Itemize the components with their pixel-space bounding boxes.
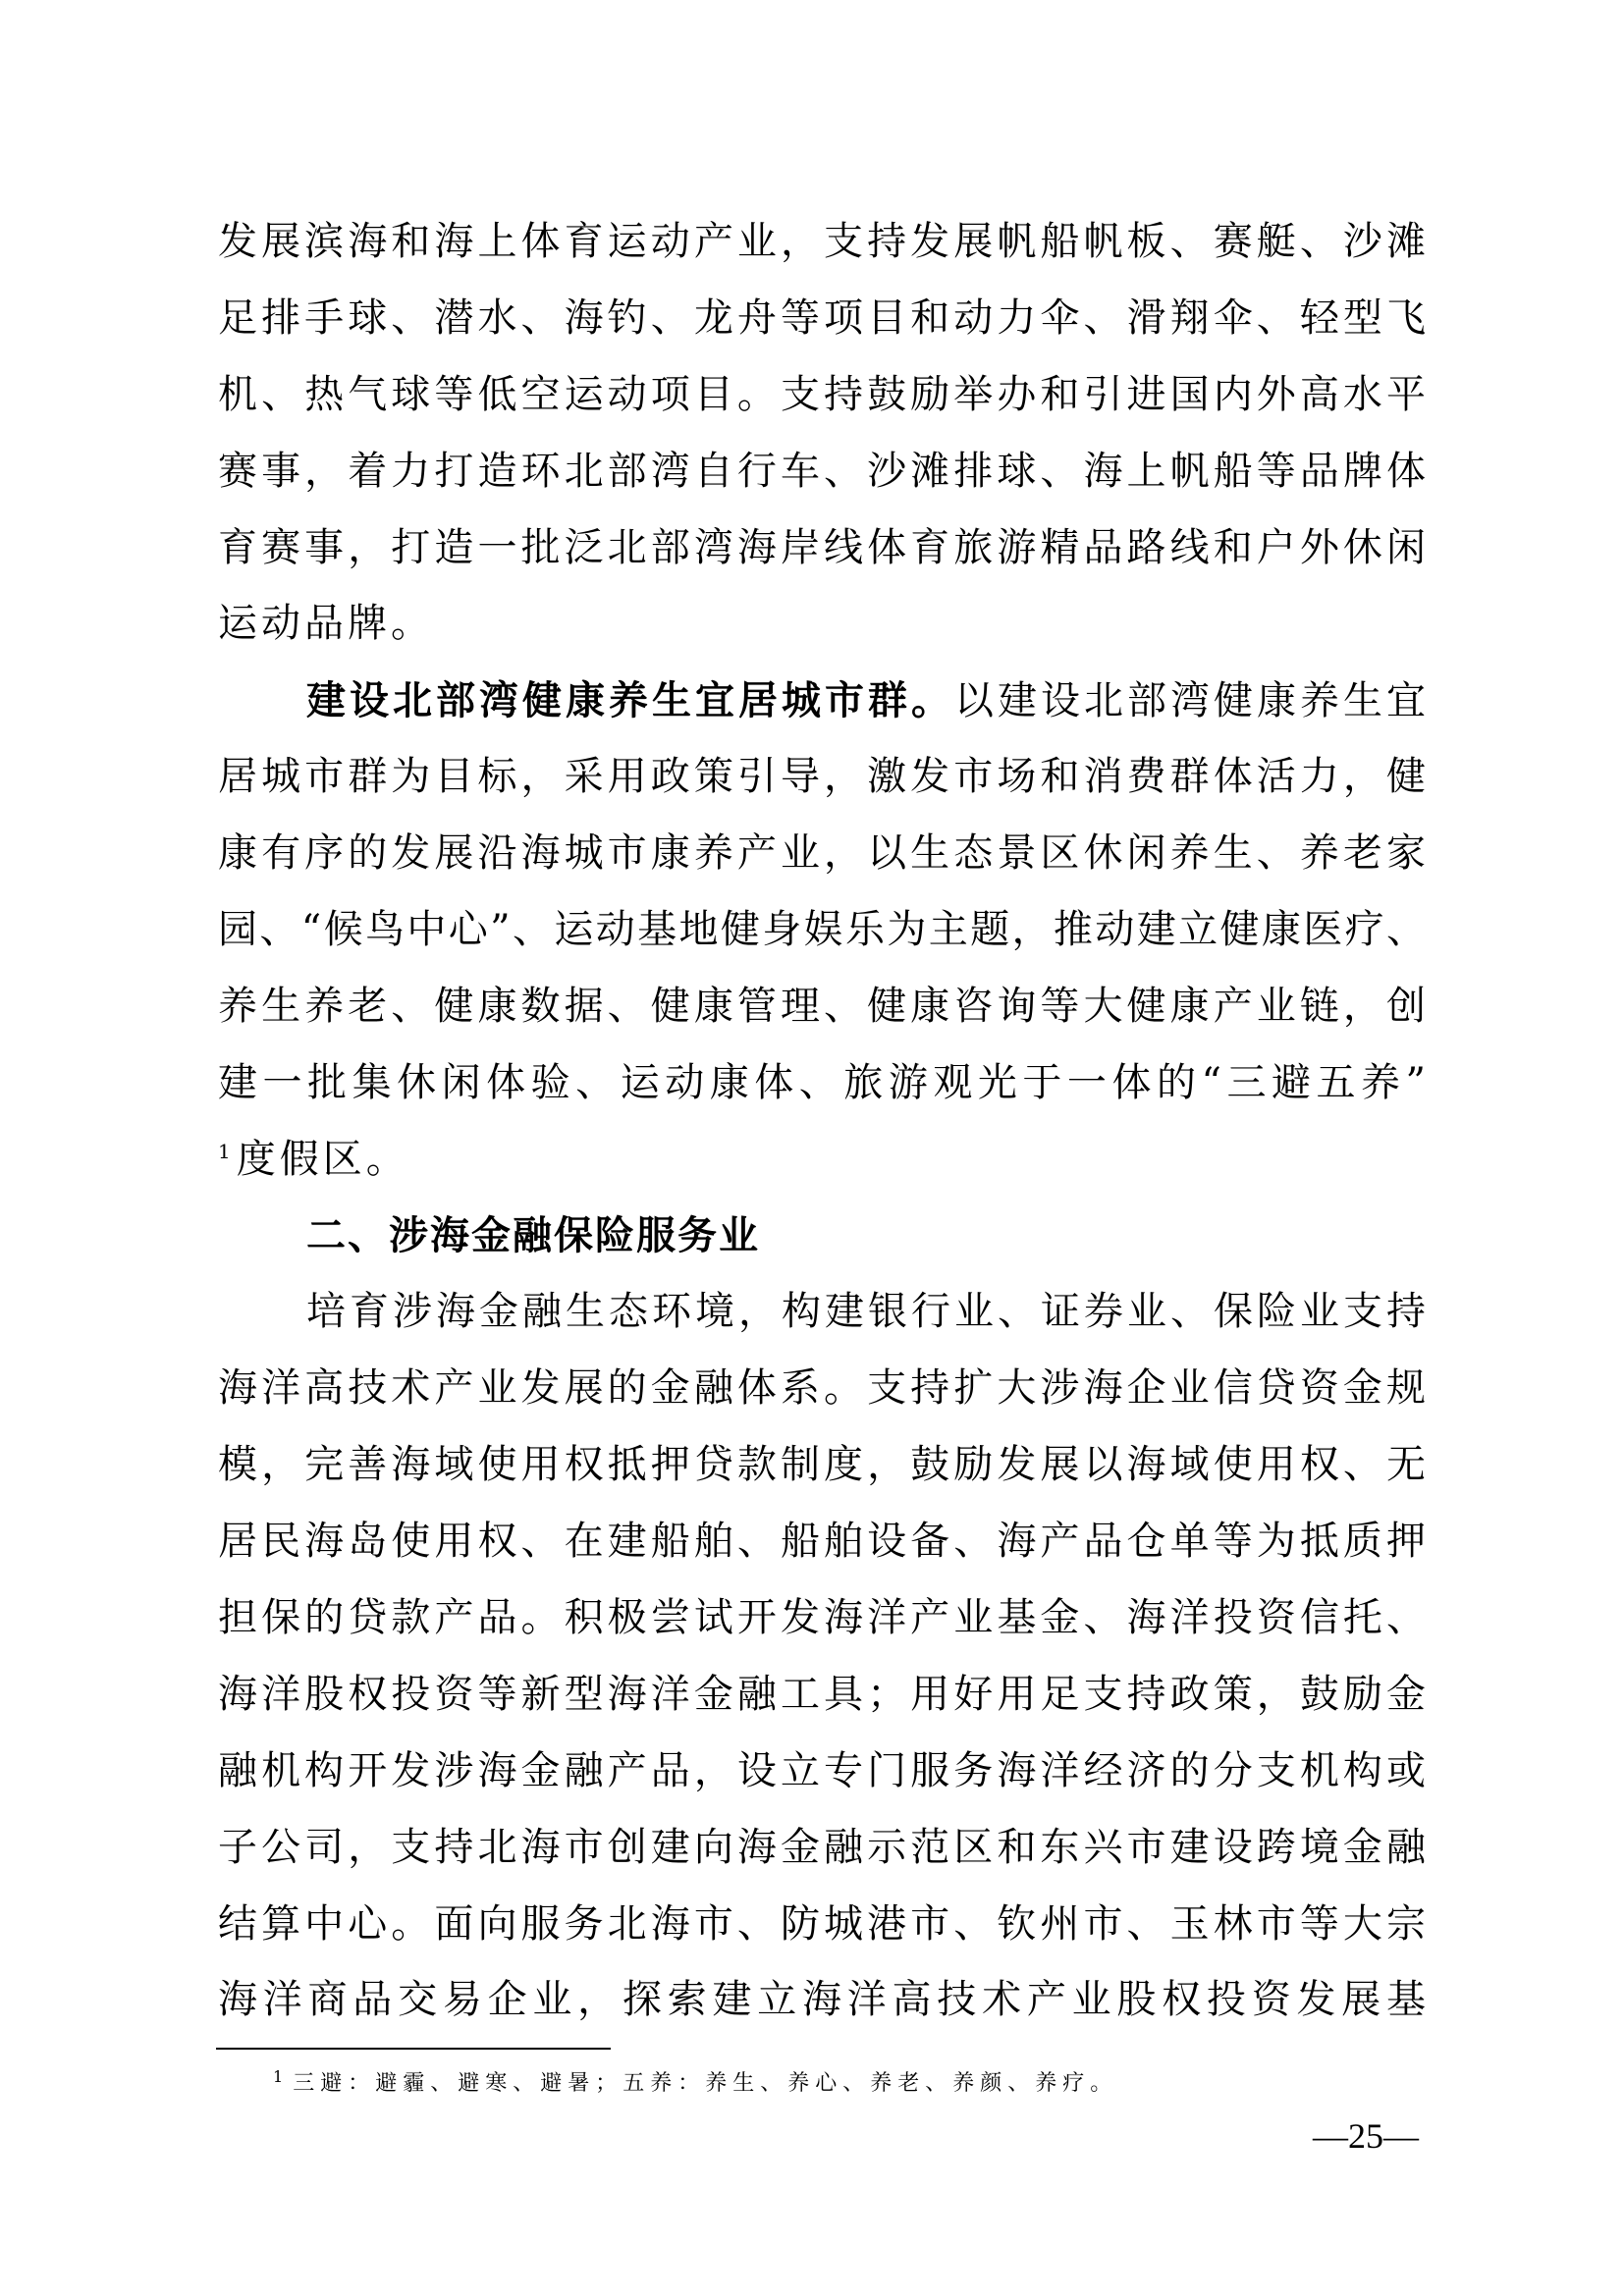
paragraph-3-line-8: 子公司，支持北海市创建向海金融示范区和东兴市建设跨境金融 [218, 1810, 1426, 1887]
paragraph-2-line-7-text: 度假区。 [237, 1137, 409, 1182]
paragraph-1-line-2: 足排手球、潜水、海钓、龙舟等项目和动力伞、滑翔伞、轻型飞 [218, 281, 1426, 357]
footnote: 1三避：避霾、避寒、避暑；五养：养生、养心、养老、养颜、养疗。 [273, 2067, 1117, 2101]
paragraph-1-line-5: 育赛事，打造一批泛北部湾海岸线体育旅游精品路线和户外休闲 [218, 510, 1426, 587]
body-text: 发展滨海和海上体育运动产业，支持发展帆船帆板、赛艇、沙滩 足排手球、潜水、海钓、… [218, 204, 1426, 2039]
paragraph-3-line-9: 结算中心。面向服务北海市、防城港市、钦州市、玉林市等大宗 [218, 1887, 1426, 1963]
paragraph-3-line-2: 海洋高技术产业发展的金融体系。支持扩大涉海企业信贷资金规 [218, 1351, 1426, 1427]
paragraph-1-line-4: 赛事，着力打造环北部湾自行车、沙滩排球、海上帆船等品牌体 [218, 434, 1426, 510]
paragraph-2-line-1-text: 以建设北部湾健康养生宜 [954, 678, 1426, 723]
paragraph-3-line-10: 海洋商品交易企业，探索建立海洋高技术产业股权投资发展基 [218, 1962, 1426, 2039]
paragraph-2-line-1: 建设北部湾健康养生宜居城市群。以建设北部湾健康养生宜 [218, 663, 1426, 739]
paragraph-3-line-3: 模，完善海域使用权抵押贷款制度，鼓励发展以海域使用权、无 [218, 1427, 1426, 1504]
paragraph-3-line-1: 培育涉海金融生态环境，构建银行业、证券业、保险业支持 [218, 1274, 1426, 1351]
footnote-mark: 1 [273, 2067, 283, 2086]
paragraph-1-line-6: 运动品牌。 [218, 586, 1426, 663]
paragraph-2-line-2: 居城市群为目标，采用政策引导，激发市场和消费群体活力，健 [218, 739, 1426, 816]
section-heading: 二、涉海金融保险服务业 [218, 1199, 1426, 1275]
paragraph-2-line-5: 养生养老、健康数据、健康管理、健康咨询等大健康产业链，创 [218, 969, 1426, 1045]
paragraph-2-line-6: 建一批集休闲体验、运动康体、旅游观光于一体的“三避五养” [218, 1045, 1426, 1122]
paragraph-2-line-3: 康有序的发展沿海城市康养产业，以生态景区休闲养生、养老家 [218, 816, 1426, 892]
paragraph-2-line-4: 园、“候鸟中心”、运动基地健身娱乐为主题，推动建立健康医疗、 [218, 892, 1426, 969]
footnote-text: 三避：避霾、避寒、避暑；五养：养生、养心、养老、养颜、养疗。 [293, 2071, 1117, 2096]
paragraph-1-line-1: 发展滨海和海上体育运动产业，支持发展帆船帆板、赛艇、沙滩 [218, 204, 1426, 281]
page-number: —25— [1306, 2114, 1426, 2158]
paragraph-lead-bold: 建设北部湾健康养生宜居城市群。 [306, 677, 954, 723]
footnote-reference[interactable]: 1 [218, 1140, 235, 1163]
paragraph-3-line-6: 海洋股权投资等新型海洋金融工具；用好用足支持政策，鼓励金 [218, 1657, 1426, 1734]
document-page: 发展滨海和海上体育运动产业，支持发展帆船帆板、赛艇、沙滩 足排手球、潜水、海钓、… [0, 0, 1624, 2296]
paragraph-1-line-3: 机、热气球等低空运动项目。支持鼓励举办和引进国内外高水平 [218, 357, 1426, 434]
footnote-separator [216, 2048, 611, 2050]
paragraph-2-line-7: 1度假区。 [218, 1122, 1426, 1199]
paragraph-3-line-5: 担保的贷款产品。积极尝试开发海洋产业基金、海洋投资信托、 [218, 1580, 1426, 1657]
paragraph-3-line-7: 融机构开发涉海金融产品，设立专门服务海洋经济的分支机构或 [218, 1734, 1426, 1810]
paragraph-3-line-4: 居民海岛使用权、在建船舶、船舶设备、海产品仓单等为抵质押 [218, 1504, 1426, 1580]
